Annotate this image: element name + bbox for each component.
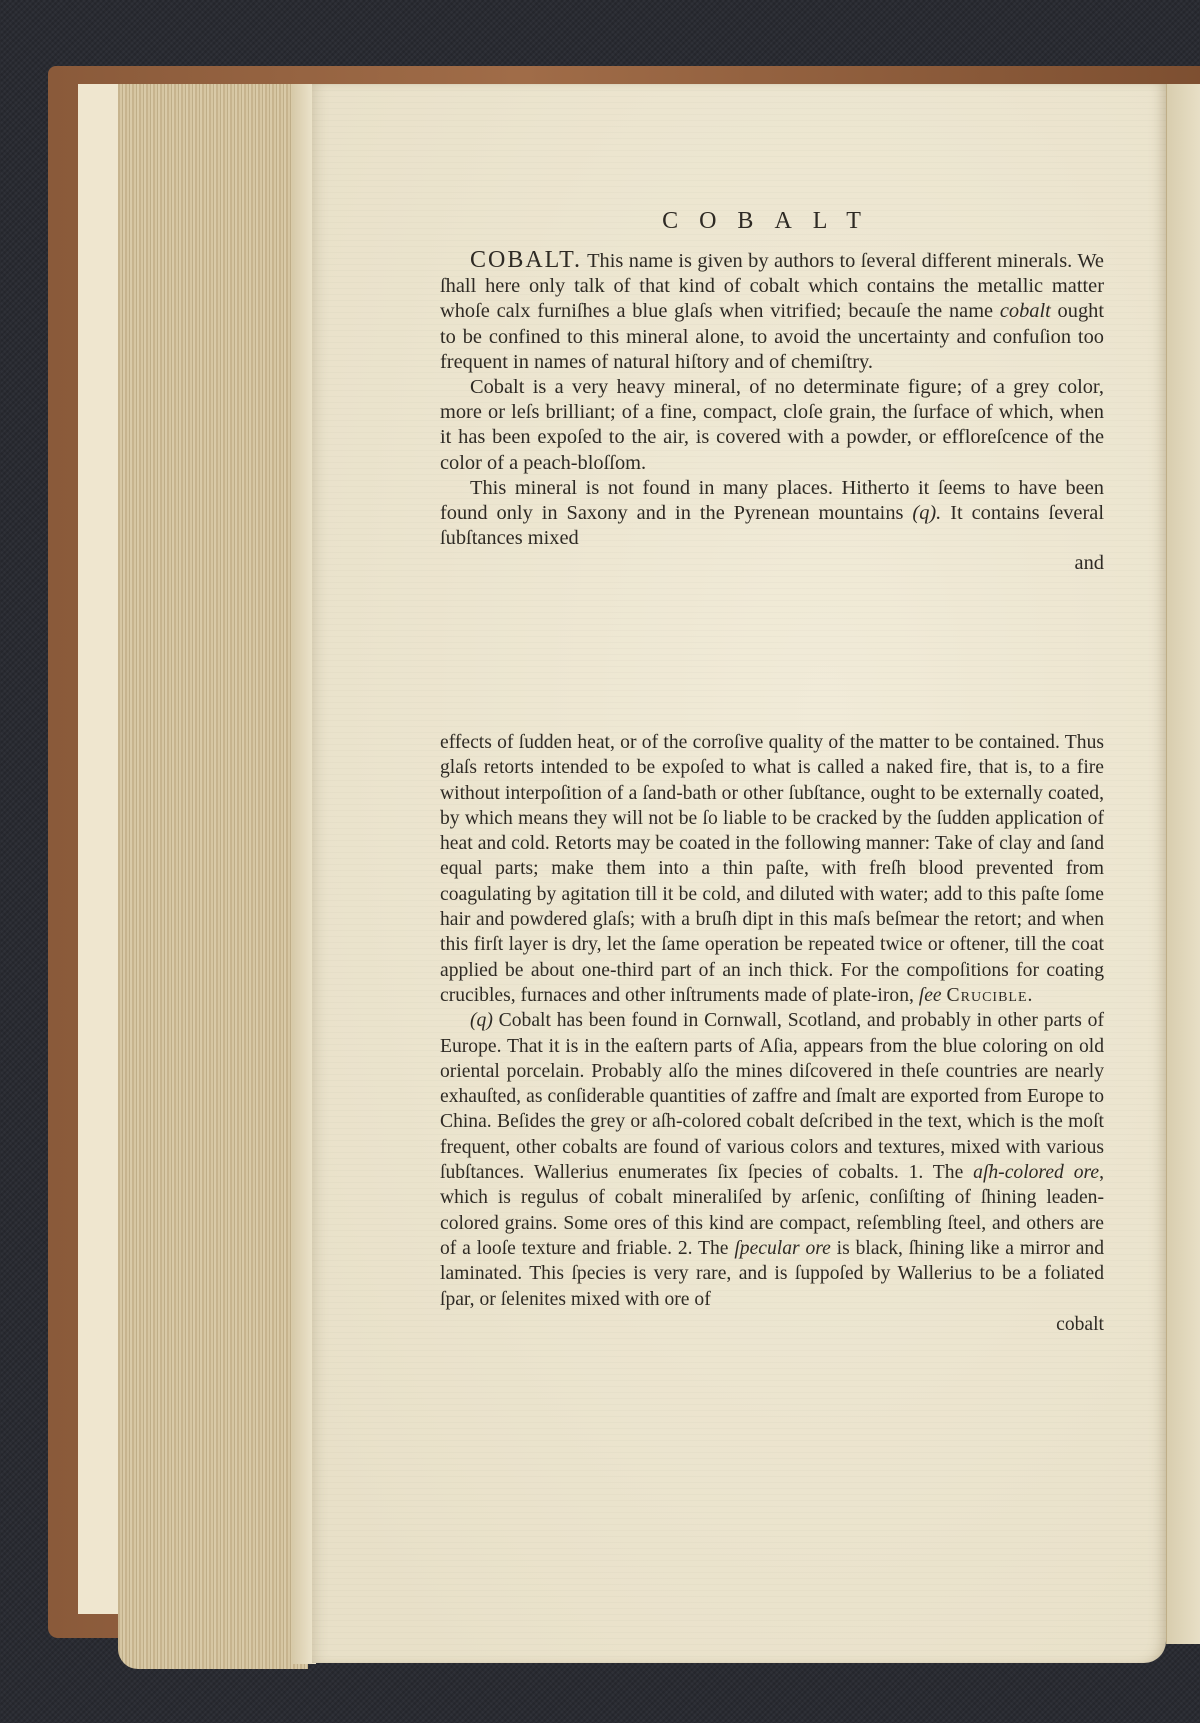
facing-page-edge xyxy=(1166,84,1200,1644)
paragraph-3: This mineral is not found in many places… xyxy=(440,476,1104,552)
footnotes: effects of ſudden heat, or of the corroſ… xyxy=(440,730,1104,1337)
paragraph-2: Cobalt is a very heavy mineral, of no de… xyxy=(440,375,1104,476)
cross-reference[interactable]: Crucible. xyxy=(947,985,1034,1006)
footnote-ref[interactable]: (q). xyxy=(912,502,941,524)
page-edges xyxy=(118,84,308,1669)
main-text: COBALT. This name is given by authors to… xyxy=(440,248,1104,577)
paragraph-1: COBALT. This name is given by authors to… xyxy=(440,248,1104,375)
running-head: COBALT xyxy=(440,208,1104,235)
catchword-footnote: cobalt xyxy=(440,1312,1104,1337)
italic-term: cobalt xyxy=(1000,300,1051,322)
catchword: and xyxy=(440,551,1104,576)
entry-headword: COBALT. xyxy=(470,247,582,273)
footnote-continued: effects of ſudden heat, or of the corroſ… xyxy=(440,730,1104,1008)
footnote-q: (q) Cobalt has been found in Cornwall, S… xyxy=(440,1008,1104,1312)
footnote-marker: (q) xyxy=(470,1010,493,1031)
